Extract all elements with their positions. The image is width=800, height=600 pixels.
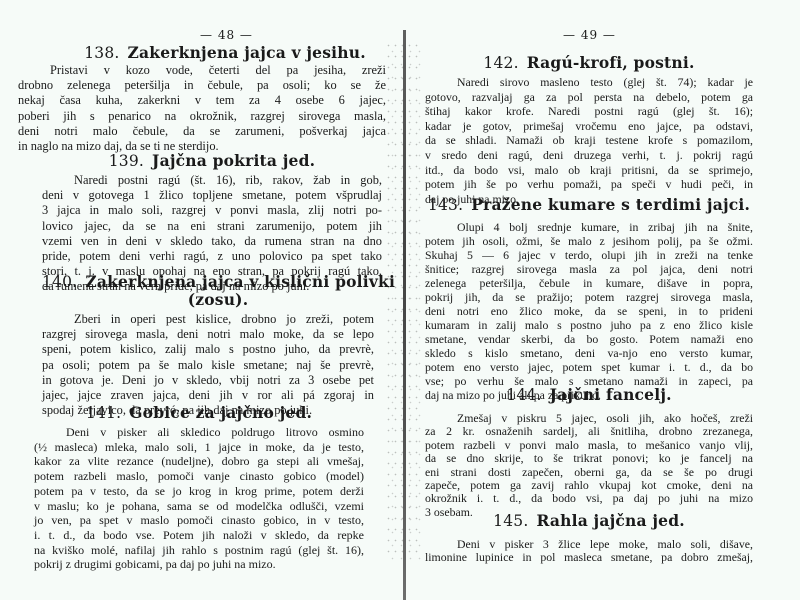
text-line: pokrij z drugimi gobicami, pa daj po juh…: [34, 557, 364, 572]
text-line: šnitice; razgrej sirovega masla za pol j…: [425, 262, 753, 276]
text-line: na kviško molé, nafilaj jih rahlo s post…: [34, 543, 364, 558]
text-line: da se shladi. Namaži ob kraji testene kr…: [425, 133, 753, 148]
text-line: limonine lupinice in pol masleca smetane…: [425, 551, 753, 564]
text-line: potem pa v testo, da se jo krog in krog …: [34, 484, 364, 499]
recipe-title-text: Pražene kumare s terdimi jajci.: [471, 195, 750, 214]
text-line: kumaram in zalij malo s postno juho pa z…: [425, 318, 753, 332]
recipe-title-text: Gobice za jajčno jed.: [129, 403, 312, 422]
text-line: Olupi 4 bolj srednje kumare, in zribaj j…: [425, 220, 753, 234]
text-line: jajec, jajce zraven jajca, deni jih v ro…: [42, 388, 374, 403]
text-line: potem eno versto jajec, potem spet kumar…: [425, 360, 753, 374]
recipe-body: Zmešaj v piskru 5 jajec, osoli jih, ako …: [425, 412, 753, 519]
text-line: (½ masleca) mleka, malo soli, 1 jajce in…: [34, 440, 364, 455]
recipe-140: 140.Zakerknjena jajca v kislični polivki…: [42, 273, 374, 418]
recipe-143: 143.Pražene kumare s terdimi jajci. Olup…: [425, 196, 753, 402]
right-page: — 49 — 142.Ragú-krofi, postni. Naredi si…: [405, 0, 800, 600]
text-line: poberi jih s penarico na okrožnik, razgr…: [18, 109, 386, 124]
text-line: skledo s kislo smetano, deni va-njo eno …: [425, 346, 753, 360]
text-line: deni v gotovega 1 žlico topljene smetane…: [42, 188, 382, 203]
recipe-number: 143.: [428, 196, 463, 214]
recipe-title: 145.Rahla jajčna jed.: [425, 512, 753, 530]
recipe-number: 138.: [84, 44, 119, 62]
text-line: potem jih še po verhu pomaži, pa speči v…: [425, 177, 753, 192]
text-line: zapeče, potem ga zavij rahlo vkupaj kot …: [425, 479, 753, 492]
text-line: jo ven, pa spet v maslo pomoči cinasto g…: [34, 513, 364, 528]
text-line: speni, potem kislico, zalij malo s postn…: [42, 342, 374, 357]
text-line: Pristavi v kozo vode, četerti del pa jes…: [18, 63, 386, 78]
recipe-number: 139.: [109, 152, 144, 170]
recipe-title: 144.Jajčni fancelj.: [425, 386, 753, 404]
recipe-body: Olupi 4 bolj srednje kumare, in zribaj j…: [425, 220, 753, 402]
text-line: in gotova je. Deni jo v skledo, vbij not…: [42, 373, 374, 388]
recipe-title-text: Zakerknjena jajca v jesihu.: [128, 43, 366, 62]
recipe-title-text: Jajčni fancelj.: [550, 385, 672, 404]
recipe-145: 145.Rahla jajčna jed. Deni v pisker 3 žl…: [425, 512, 753, 565]
text-line: 3 jajca in malo soli, razgrej v ponvi ma…: [42, 203, 382, 218]
recipe-number: 142.: [483, 54, 518, 72]
text-line: itd., da bodo vsi, malo ob kraji pritisn…: [425, 163, 753, 178]
text-line: drobno zelenega peteršilja in čebule, pa…: [18, 78, 386, 93]
left-page: — 48 — 138.Zakerknjena jajca v jesihu. P…: [0, 0, 400, 600]
recipe-138: 138.Zakerknjena jajca v jesihu. Pristavi…: [18, 44, 386, 154]
recipe-title: 142.Ragú-krofi, postni.: [425, 54, 753, 72]
text-line: vzemi ven in deni v skledo tako, da rume…: [42, 234, 382, 249]
text-line: Zmešaj v piskru 5 jajec, osoli jih, ako …: [425, 412, 753, 425]
text-line: v maslu; ko je pohana, sama se od modelč…: [34, 499, 364, 514]
text-line: potem razbeli maslo, pomoči vanje cinast…: [34, 469, 364, 484]
recipe-title: 143.Pražene kumare s terdimi jajci.: [425, 196, 753, 214]
text-line: deni notri malo čebule, da se zarumeni, …: [18, 124, 386, 139]
recipe-title: 138.Zakerknjena jajca v jesihu.: [18, 44, 386, 62]
text-line: kadar je gotov, primešaj vročemu eno jaj…: [425, 119, 753, 134]
recipe-number: 145.: [493, 512, 528, 530]
text-line: pa osoli; potem pa še malo kisle smetane…: [42, 358, 374, 373]
recipe-141: 141.Gobice za jajčno jed. Deni v pisker …: [34, 404, 364, 572]
page-number: — 48 —: [200, 28, 253, 42]
page-number: — 49 —: [563, 28, 616, 42]
recipe-142: 142.Ragú-krofi, postni. Naredi sirovo ma…: [425, 54, 753, 206]
text-line: razgrej sirovega masla, deni notri malo …: [42, 327, 374, 342]
recipe-title-text: Jajčna pokrita jed.: [152, 151, 315, 170]
recipe-title: 139.Jajčna pokrita jed.: [42, 152, 382, 170]
recipe-144: 144.Jajčni fancelj. Zmešaj v piskru 5 ja…: [425, 386, 753, 519]
text-line: lovico jajec, da se na eni strani zarume…: [42, 219, 382, 234]
text-line: potem razbeli v ponvi malo masla, to meš…: [425, 439, 753, 452]
recipe-number: 144.: [506, 386, 541, 404]
recipe-title: 140.Zakerknjena jajca v kislični polivki: [42, 273, 374, 291]
text-line: Zberi in operi pest kislice, drobno jo z…: [42, 312, 374, 327]
text-line: Naredi sirovo masleno testo (glej št. 74…: [425, 75, 753, 90]
text-line: potem jih osoli, ožmi, še malo z jesihom…: [425, 234, 753, 248]
recipe-title-text: Ragú-krofi, postni.: [527, 53, 695, 72]
text-line: kakor za vlite rezance (nudeljne), dobro…: [34, 454, 364, 469]
text-line: eni strani dosti zapečen, oberni ga, da …: [425, 466, 753, 479]
recipe-number: 141.: [86, 404, 121, 422]
text-line: okrožnik i. t. d., da bodo vsi, pa daj p…: [425, 492, 753, 505]
text-line: gotovo, razvaljaj ga za pol persta na de…: [425, 90, 753, 105]
text-line: pride, potem deni verhi ragú, z uno polo…: [42, 249, 382, 264]
text-line: Skuhaj 5 — 6 jajec v terdo, olupi jih in…: [425, 248, 753, 262]
text-line: deni notri eno žlico moke, da se speni, …: [425, 304, 753, 318]
recipe-body: Pristavi v kozo vode, četerti del pa jes…: [18, 63, 386, 154]
recipe-title-text: Zakerknjena jajca v kislični polivki: [85, 272, 395, 291]
text-line: Deni v pisker 3 žlice lepe moke, malo so…: [425, 538, 753, 551]
recipe-title-text: Rahla jajčna jed.: [536, 511, 684, 530]
text-line: smetane, vendar skerbi, da bo gosto. Pot…: [425, 332, 753, 346]
text-line: pokrij jih, da se pražijo; potem razgrej…: [425, 290, 753, 304]
text-line: i. t. d., da bodo vse. Potem jih naloži …: [34, 528, 364, 543]
text-line: Deni v pisker ali skledico poldrugo litr…: [34, 425, 364, 440]
text-line: da se dno skrije, to še trikrat ponovi; …: [425, 452, 753, 465]
text-line: nekaj časa kuha, zakerkni v tem za 4 ose…: [18, 93, 386, 108]
text-line: štihaj kakor krofe. Naredi postni ragú (…: [425, 104, 753, 119]
text-line: Naredi postni ragú (št. 16), rib, rakov,…: [42, 173, 382, 188]
recipe-body: Deni v pisker ali skledico poldrugo litr…: [34, 425, 364, 572]
recipe-title: 141.Gobice za jajčno jed.: [34, 404, 364, 422]
text-line: za 2 kr. osnaženih sardelj, ali šnitliha…: [425, 425, 753, 438]
recipe-body: Naredi sirovo masleno testo (glej št. 74…: [425, 75, 753, 206]
text-line: v sredo deni ragú, deni druzega verhi, t…: [425, 148, 753, 163]
text-line: zelenega peteršilja, čebule in kumare, d…: [425, 276, 753, 290]
recipe-body: Deni v pisker 3 žlice lepe moke, malo so…: [425, 538, 753, 565]
recipe-title-line2: (zosu).: [42, 291, 374, 309]
recipe-number: 140.: [42, 273, 77, 291]
